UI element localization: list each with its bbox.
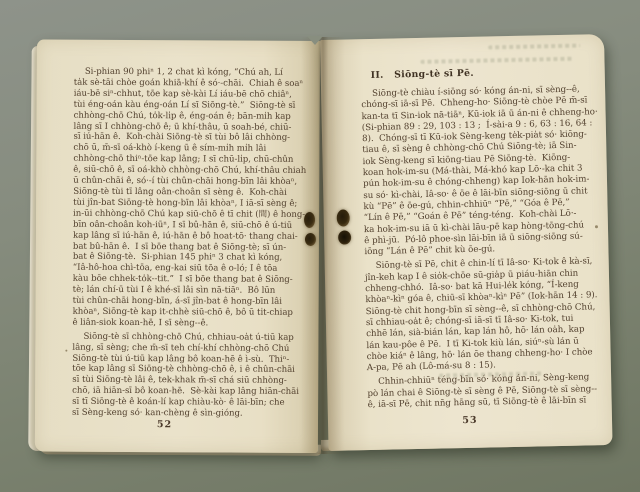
paper-speck xyxy=(595,225,598,228)
ink-bleed-through xyxy=(420,57,572,64)
paragraph: Siōng-tè sī Pē, chit ê chin-lí tī Iâ-so·… xyxy=(365,257,597,375)
paragraph: Si-phian 90 phiⁿ 1, 2 chat kì kóng, “Chú… xyxy=(72,67,321,330)
right-page-text: Siōng-tè chiàu í-siōng só· kóng án-ni, s… xyxy=(361,84,598,411)
left-page: Si-phian 90 phiⁿ 1, 2 chat kì kóng, “Chú… xyxy=(35,40,320,453)
text-line: chhòng-chō Chú, to̍k-li̍p ê, éng-oán ê; … xyxy=(74,110,322,122)
paragraph: Siōng-tè sī chhòng-chō Chú, chhiau-oa̍t … xyxy=(72,331,320,420)
text-line: tùi éng-oán kàu éng-oán Lí sī Siōng-tè.”… xyxy=(74,99,322,111)
binding-hole xyxy=(305,233,316,246)
text-line: bīn oân-choân koh-iūⁿ, I sī bû-hān ê, si… xyxy=(73,219,321,231)
binding-hole xyxy=(304,212,315,228)
left-page-text: Si-phian 90 phiⁿ 1, 2 chat kì kóng, “Chú… xyxy=(72,67,322,420)
right-page-number: 53 xyxy=(328,412,612,429)
spine-top-notch xyxy=(307,36,323,45)
binding-hole xyxy=(338,230,351,244)
text-line: Siōng-tè sī chhòng-chō Chú, chhiau-oa̍t … xyxy=(72,331,320,343)
book-scan-photo: Si-phian 90 phiⁿ 1, 2 chat kì kóng, “Chú… xyxy=(0,0,640,492)
ink-bleed-through xyxy=(488,44,580,50)
paragraph: Siōng-tè chiàu í-siōng só· kóng án-ni, s… xyxy=(361,84,594,258)
text-line: kap lâng sī iú-hān ê, iú-hān ê bô hoat-t… xyxy=(73,230,321,242)
right-page: II. Siōng-tè sī Pē. Siōng-tè chiàu í-siō… xyxy=(320,34,613,451)
binding-hole xyxy=(337,209,350,226)
paragraph: Chhin-chhiūⁿ téng-bīn só· kóng án-ni, Sè… xyxy=(367,373,598,412)
text-line: ê liân-siok koan-hē, I sī sèng--ê. xyxy=(72,318,320,330)
left-page-number: 52 xyxy=(23,418,306,430)
section-heading: II. Siōng-tè sī Pē. xyxy=(371,68,474,81)
text-line: in-ūi chhòng-chō Chú kap siū-chō ê tī ch… xyxy=(73,208,321,220)
text-line: lâng, sī sèng; che m̄-sī teh chí-khí chh… xyxy=(72,342,320,354)
paper-speck xyxy=(65,350,67,352)
